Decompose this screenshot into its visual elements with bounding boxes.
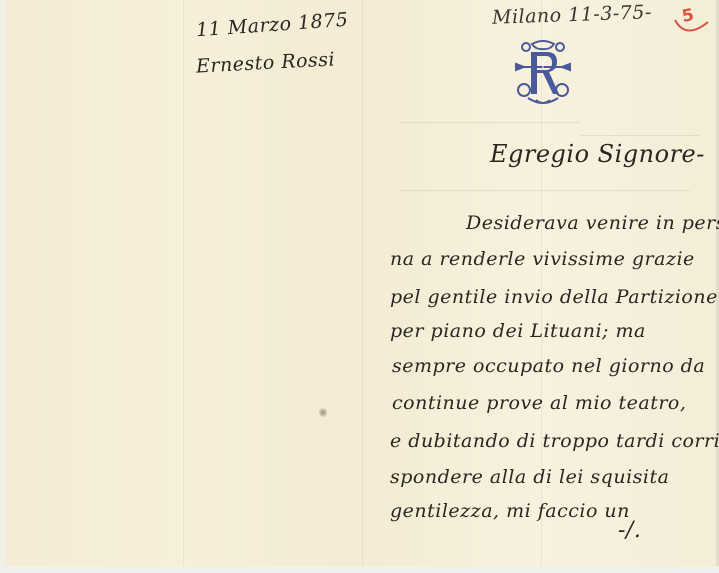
bleed-through-text [400,122,580,123]
salutation: Egregio Signore- [490,140,705,168]
letter-sheet: 11 Marzo 1875 Ernesto Rossi Milano 11-3-… [0,0,719,566]
bleed-through-text [400,190,690,191]
scan-bottom-border [0,566,719,573]
body-line: Desiderava venire in perso- [466,212,719,234]
monogram-crest-icon [514,40,572,106]
paper-left-edge [0,0,6,566]
body-line: e dubitando di troppo tardi corri- [390,430,719,452]
place-and-date: Milano 11-3-75- [492,1,653,29]
fold-line-2 [361,0,363,566]
body-line: gentilezza, mi faccio un [390,500,630,522]
docket-sender: Ernesto Rossi [196,48,336,77]
continuation-mark: -/. [618,518,641,543]
body-line: sempre occupato nel giorno da [392,355,705,377]
bleed-through-text [580,135,700,136]
docket-date: 11 Marzo 1875 [195,9,349,42]
body-line: per piano dei Lituani; ma [390,320,646,342]
fold-line-1 [182,0,184,566]
body-line: na a renderle vivissime grazie [390,248,695,270]
page-number-annotation: 5 [672,6,708,36]
body-line: spondere alla di lei squisita [390,466,669,488]
body-line: pel gentile invio della Partizione [390,286,718,308]
body-line: continue prove al mio teatro, [392,392,686,414]
ink-smudge [319,408,327,417]
